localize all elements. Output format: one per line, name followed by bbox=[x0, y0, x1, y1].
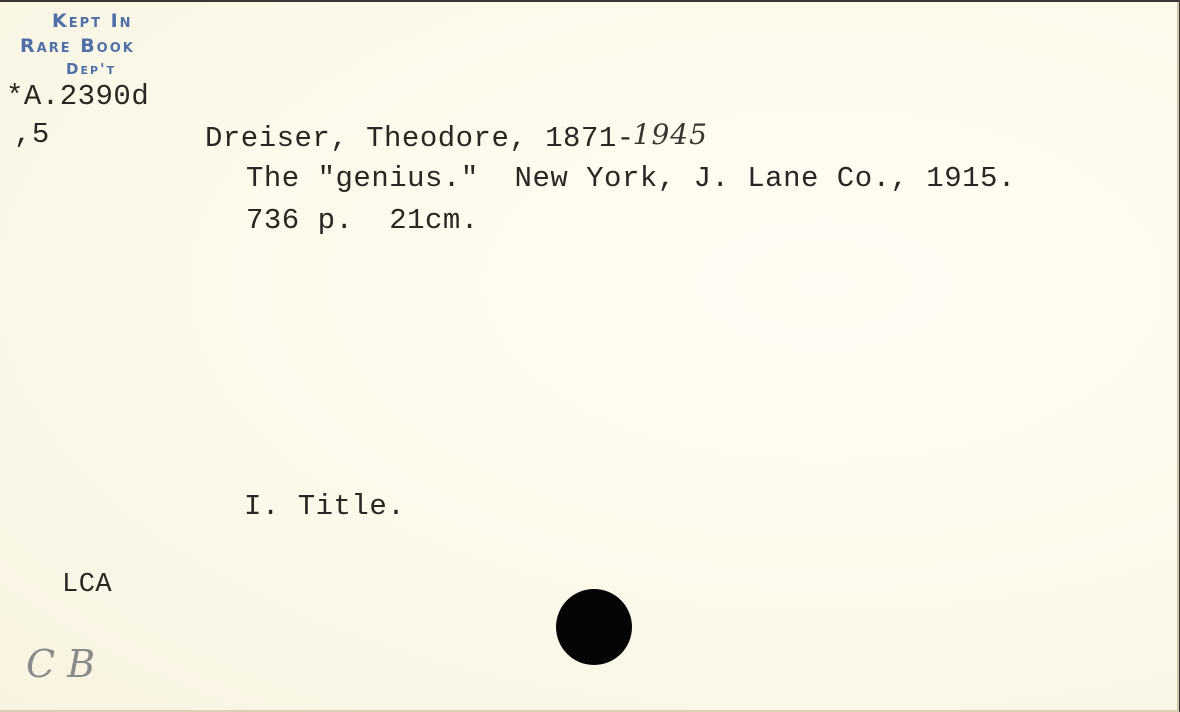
author-heading: Dreiser, Theodore, 1871- bbox=[205, 122, 635, 155]
call-number-line-2: ,5 bbox=[14, 120, 50, 149]
punch-hole bbox=[556, 589, 632, 665]
stamp-line-2: Rare Book bbox=[20, 37, 135, 56]
location-code: LCA bbox=[62, 572, 112, 599]
call-number-line-1: *A.2390d bbox=[6, 82, 149, 111]
catalog-card: Kept In Rare Book Dep't *A.2390d ,5 Drei… bbox=[0, 2, 1179, 712]
collation: 736 p. 21cm. bbox=[246, 206, 479, 235]
stamp-line-1: Kept In bbox=[52, 12, 133, 31]
title-imprint: The "genius." New York, J. Lane Co., 191… bbox=[246, 164, 1016, 193]
main-entry: Dreiser, Theodore, 1871-1945 bbox=[205, 120, 710, 153]
handwritten-death-year: 1945 bbox=[633, 118, 708, 151]
tracing-title: I. Title. bbox=[244, 492, 405, 521]
stamp-line-3: Dep't bbox=[66, 62, 116, 77]
handwritten-initials: C B bbox=[26, 642, 95, 686]
